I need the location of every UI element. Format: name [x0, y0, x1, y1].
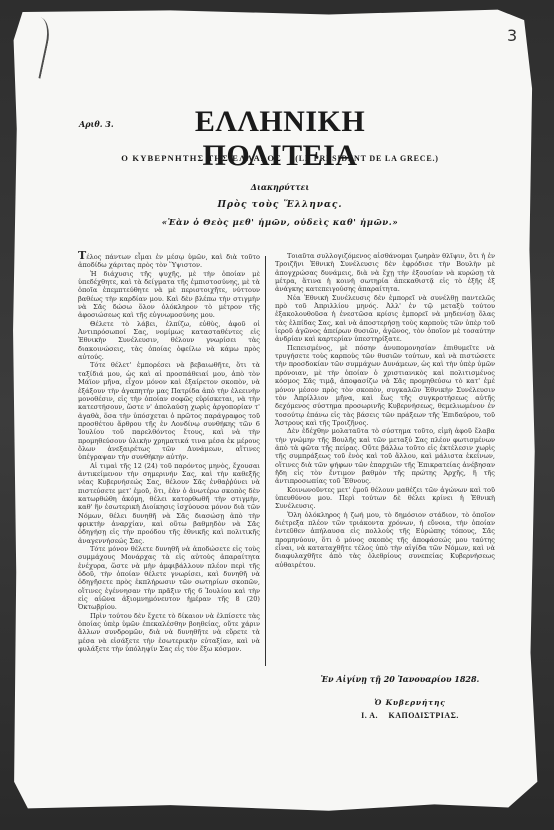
paragraph: Κοινωνοῦντες μετ' ἐμοῦ θέλουν μαθέζει τῶ… [275, 486, 495, 511]
handwritten-page-number: 3 [507, 26, 517, 45]
paragraph: Τοιαῦτα συλλογιζόμενος αἰσθάνομαι ζωηρὰν… [275, 252, 495, 294]
subtitle-french: (LE PRESIDENT DE LA GRECE.) [295, 154, 438, 163]
proclamation-verb: Διακηρύττει [140, 182, 420, 192]
issue-number: Αριθ. 3. [79, 119, 114, 129]
paragraph: Νέα Ἐθνικὴ Συνέλευσις δὲν ἐμπορεῖ νὰ συν… [275, 294, 495, 344]
paragraph: Τέλος πάντων εἶμαι ἐν μέσῳ ὑμῶν, καὶ διὰ… [78, 252, 260, 270]
paragraph: Τότε θέλετ' ἐμπορέσει νὰ βεβαιωθῆτε, ὅτι… [78, 361, 260, 461]
paragraph: Πεπεισμένος, μὲ πόσην ἀνυπομονησίαν ἐπιθ… [275, 344, 495, 427]
signatory-initials: Ι. Α. [361, 711, 378, 720]
signatory-title: Ὁ Κυβερνήτης [340, 698, 480, 707]
addressee: Πρὸς τοὺς Ἕλληνας. [140, 200, 420, 210]
column-divider [265, 256, 266, 666]
paragraph: Τότε μόνον θέλετε δυνηθῆ νὰ ἀποδώσετε εἰ… [78, 545, 260, 612]
paragraph: Ἡ διάχυσις τῆς ψυχῆς, μὲ τὴν ὁποίαν μὲ ὑ… [78, 270, 260, 320]
paragraph: Πρὶν τούτου δὲν ἔχετε τὸ δίκαιον νὰ ἐλπί… [78, 612, 260, 654]
paragraph: Θέλετε τὸ λάβει, ἐλπίζω, εὐθὺς, ἀφοῦ οἱ … [78, 320, 260, 362]
paragraph: Δὲν ἐδέχθην μολαταῦτα τὸ σύστημα τοῦτο, … [275, 427, 495, 485]
signatory-name: ΚΑΠΟΔΙΣΤΡΙΑΣ. [389, 711, 459, 720]
date-place-line: Ἐν Αἰγίνῃ τῇ 20 Ἰανουαρίου 1828. [300, 674, 500, 684]
paragraph: Ὅλη ὁλόκληρος ἡ ζωή μου, τὸ δημόσιον στά… [275, 511, 495, 569]
subtitle: Ο ΚΥΒΕΡΝΗΤΗΣ ΤΗΣ ΕΛΛΑΔΟΣ (LE PRESIDENT D… [90, 153, 470, 163]
right-column: Τοιαῦτα συλλογιζόμενος αἰσθάνομαι ζωηρὰν… [275, 252, 495, 569]
paragraph: Αἱ τιμαὶ τῆς 12 (24) τοῦ παρόντος μηνὸς,… [78, 462, 260, 545]
subtitle-greek: Ο ΚΥΒΕΡΝΗΤΗΣ ΤΗΣ ΕΛΛΑΔΟΣ [121, 153, 282, 163]
signature: Ι. Α. ΚΑΠΟΔΙΣΤΡΙΑΣ. [325, 711, 495, 720]
motto: «Ἐὰν ὁ Θεὸς μεθ' ἡμῶν, οὐδεὶς καθ' ἡμῶν.… [120, 218, 440, 228]
left-column: Τέλος πάντων εἶμαι ἐν μέσῳ ὑμῶν, καὶ διὰ… [78, 252, 260, 654]
